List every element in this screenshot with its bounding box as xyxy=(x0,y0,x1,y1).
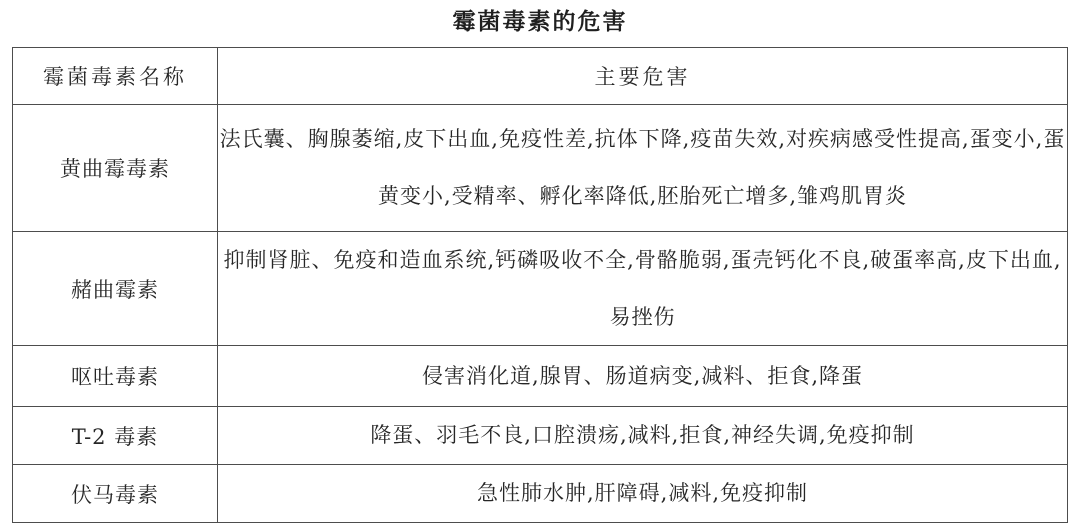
table-row: 伏马毒素 急性肺水肿,肝障碍,减料,免疫抑制 xyxy=(13,465,1068,523)
page-title: 霉菌毒素的危害 xyxy=(0,0,1080,37)
toxin-name-cell: 赭曲霉素 xyxy=(13,232,218,346)
document-page: 霉菌毒素的危害 霉菌毒素名称 主要危害 黄曲霉毒素 法氏囊、胸腺萎缩,皮下出血,… xyxy=(0,0,1080,526)
toxin-name-cell: 伏马毒素 xyxy=(13,465,218,523)
table-header-row: 霉菌毒素名称 主要危害 xyxy=(13,48,1068,105)
table-row: 黄曲霉毒素 法氏囊、胸腺萎缩,皮下出血,免疫性差,抗体下降,疫苗失效,对疾病感受… xyxy=(13,105,1068,232)
toxin-harm-cell: 降蛋、羽毛不良,口腔溃疡,减料,拒食,神经失调,免疫抑制 xyxy=(218,407,1068,465)
mycotoxin-harm-table: 霉菌毒素名称 主要危害 黄曲霉毒素 法氏囊、胸腺萎缩,皮下出血,免疫性差,抗体下… xyxy=(12,47,1068,523)
toxin-name-cell: 黄曲霉毒素 xyxy=(13,105,218,232)
toxin-name-cell: 呕吐毒素 xyxy=(13,346,218,407)
toxin-harm-cell: 侵害消化道,腺胃、肠道病变,减料、拒食,降蛋 xyxy=(218,346,1068,407)
table-row: 呕吐毒素 侵害消化道,腺胃、肠道病变,减料、拒食,降蛋 xyxy=(13,346,1068,407)
table-row: T-2 毒素 降蛋、羽毛不良,口腔溃疡,减料,拒食,神经失调,免疫抑制 xyxy=(13,407,1068,465)
table-row: 赭曲霉素 抑制肾脏、免疫和造血系统,钙磷吸收不全,骨骼脆弱,蛋壳钙化不良,破蛋率… xyxy=(13,232,1068,346)
toxin-harm-cell: 法氏囊、胸腺萎缩,皮下出血,免疫性差,抗体下降,疫苗失效,对疾病感受性提高,蛋变… xyxy=(218,105,1068,232)
column-header-main-harm: 主要危害 xyxy=(218,48,1068,105)
toxin-name-cell: T-2 毒素 xyxy=(13,407,218,465)
column-header-toxin-name: 霉菌毒素名称 xyxy=(13,48,218,105)
toxin-harm-cell: 急性肺水肿,肝障碍,减料,免疫抑制 xyxy=(218,465,1068,523)
toxin-harm-cell: 抑制肾脏、免疫和造血系统,钙磷吸收不全,骨骼脆弱,蛋壳钙化不良,破蛋率高,皮下出… xyxy=(218,232,1068,346)
